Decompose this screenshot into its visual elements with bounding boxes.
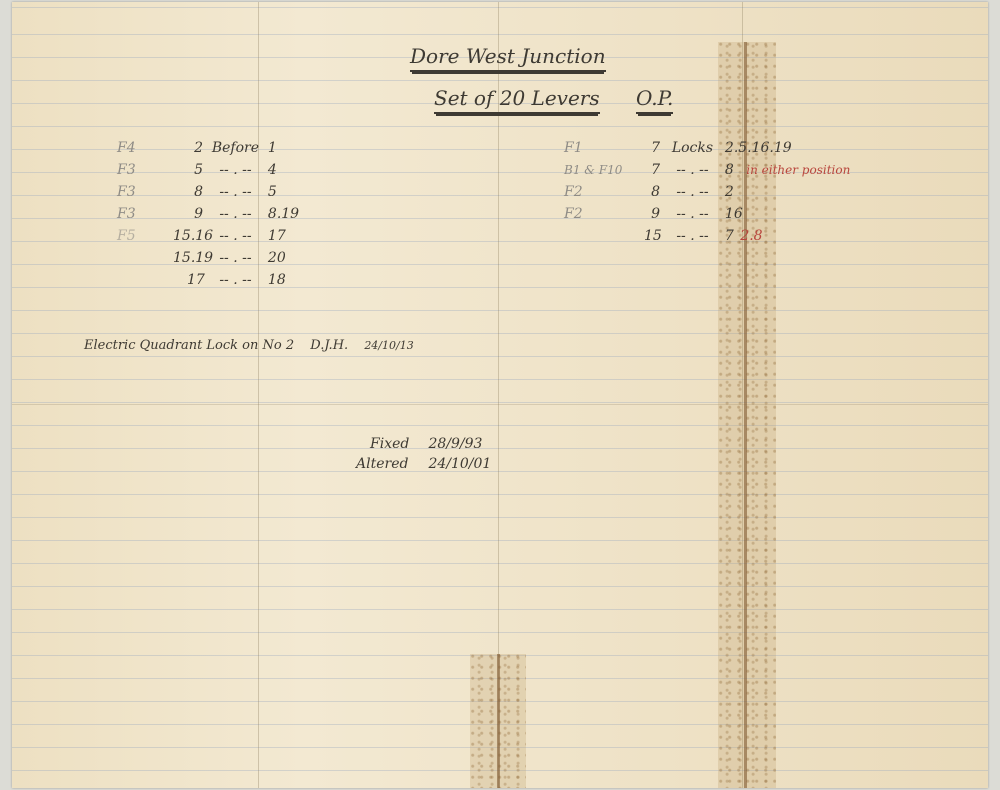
electric-lock-note: Electric Quadrant Lock on No 2 D.J.H. 24… [84,338,414,353]
target-levers: 7 [725,228,734,244]
lever-number: 7 [644,162,660,178]
relation: -- . -- [664,184,720,200]
relation: -- . -- [207,228,263,244]
lever-number: 5 [187,162,203,178]
table-row: F515.16 -- . -- 17 [117,228,286,244]
pencil-mark: F2 [564,206,644,222]
lever-number: 2 [187,140,203,156]
target-levers: 5 [268,184,277,200]
fixed-line: Fixed 28/9/93 [370,436,482,452]
lever-number: 9 [644,206,660,222]
relation: -- . -- [207,162,263,178]
title-text: Dore West Junction [410,44,606,72]
lever-number: 9 [187,206,203,222]
pencil-mark: F3 [117,184,187,200]
table-row: B1 & F107 -- . -- 8 in either position [564,162,850,178]
altered-line: Altered 24/10/01 [356,456,491,472]
document-title: Dore West Junction [410,44,606,68]
electric-note-initials: D.J.H. [310,338,348,353]
document-subtitle: Set of 20 Levers O.P. [434,86,673,110]
relation: -- . -- [207,272,263,288]
ledger-sheet: Dore West Junction Set of 20 Levers O.P.… [12,2,988,788]
table-row: 17 -- . -- 18 [117,272,286,288]
lever-number: 15 [644,228,660,244]
relation: -- . -- [207,206,263,222]
target-levers: 2 [725,184,734,200]
lever-number: 15.16 [173,228,203,244]
lever-number: 8 [187,184,203,200]
relation: -- . -- [664,228,720,244]
subtitle-text: Set of 20 Levers [434,86,600,114]
electric-note-text: Electric Quadrant Lock on No 2 [84,338,294,353]
altered-date: 24/10/01 [428,456,491,472]
fixed-label: Fixed [370,436,424,452]
table-row: F42 Before 1 [117,140,277,156]
subtitle-suffix: O.P. [636,86,673,114]
fixed-date: 28/9/93 [428,436,482,452]
table-row: F35 -- . -- 4 [117,162,277,178]
pencil-mark: F1 [564,140,644,156]
pencil-mark: F5 [117,228,173,244]
relation: Before [207,140,263,156]
pencil-mark: F2 [564,184,644,200]
fold-line-1 [258,2,259,788]
tape-stain-bottom-line [497,654,500,788]
target-levers: 16 [725,206,743,222]
pencil-mark: F4 [117,140,187,156]
target-levers: 20 [268,250,286,266]
pencil-mark: F3 [117,162,187,178]
relation: -- . -- [207,250,263,266]
table-row: F29 -- . -- 16 [564,206,743,222]
table-row: 15.19 -- . -- 20 [117,250,286,266]
target-levers: 18 [268,272,286,288]
relation: Locks [664,140,720,156]
red-annotation: 2.8 [740,228,762,244]
pencil-mark: B1 & F10 [564,163,644,177]
fold-line-horizontal [12,404,988,405]
table-row: F39 -- . -- 8.19 [117,206,299,222]
target-levers: 8.19 [268,206,299,222]
table-row: F17 Locks 2.5.16.19 [564,140,792,156]
table-row: F38 -- . -- 5 [117,184,277,200]
relation: -- . -- [207,184,263,200]
target-levers: 2.5.16.19 [725,140,792,156]
target-levers: 8 [725,162,734,178]
lever-number: 8 [644,184,660,200]
electric-note-date: 24/10/13 [364,339,413,352]
pencil-mark: F3 [117,206,187,222]
target-levers: 1 [268,140,277,156]
red-annotation: in either position [746,163,850,177]
lever-number: 17 [187,272,203,288]
relation: -- . -- [664,206,720,222]
relation: -- . -- [664,162,720,178]
table-row: 15 -- . -- 7 2.8 [564,228,763,244]
lever-number: 15.19 [173,250,203,266]
target-levers: 17 [268,228,286,244]
lever-number: 7 [644,140,660,156]
target-levers: 4 [268,162,277,178]
altered-label: Altered [356,456,424,472]
table-row: F28 -- . -- 2 [564,184,734,200]
